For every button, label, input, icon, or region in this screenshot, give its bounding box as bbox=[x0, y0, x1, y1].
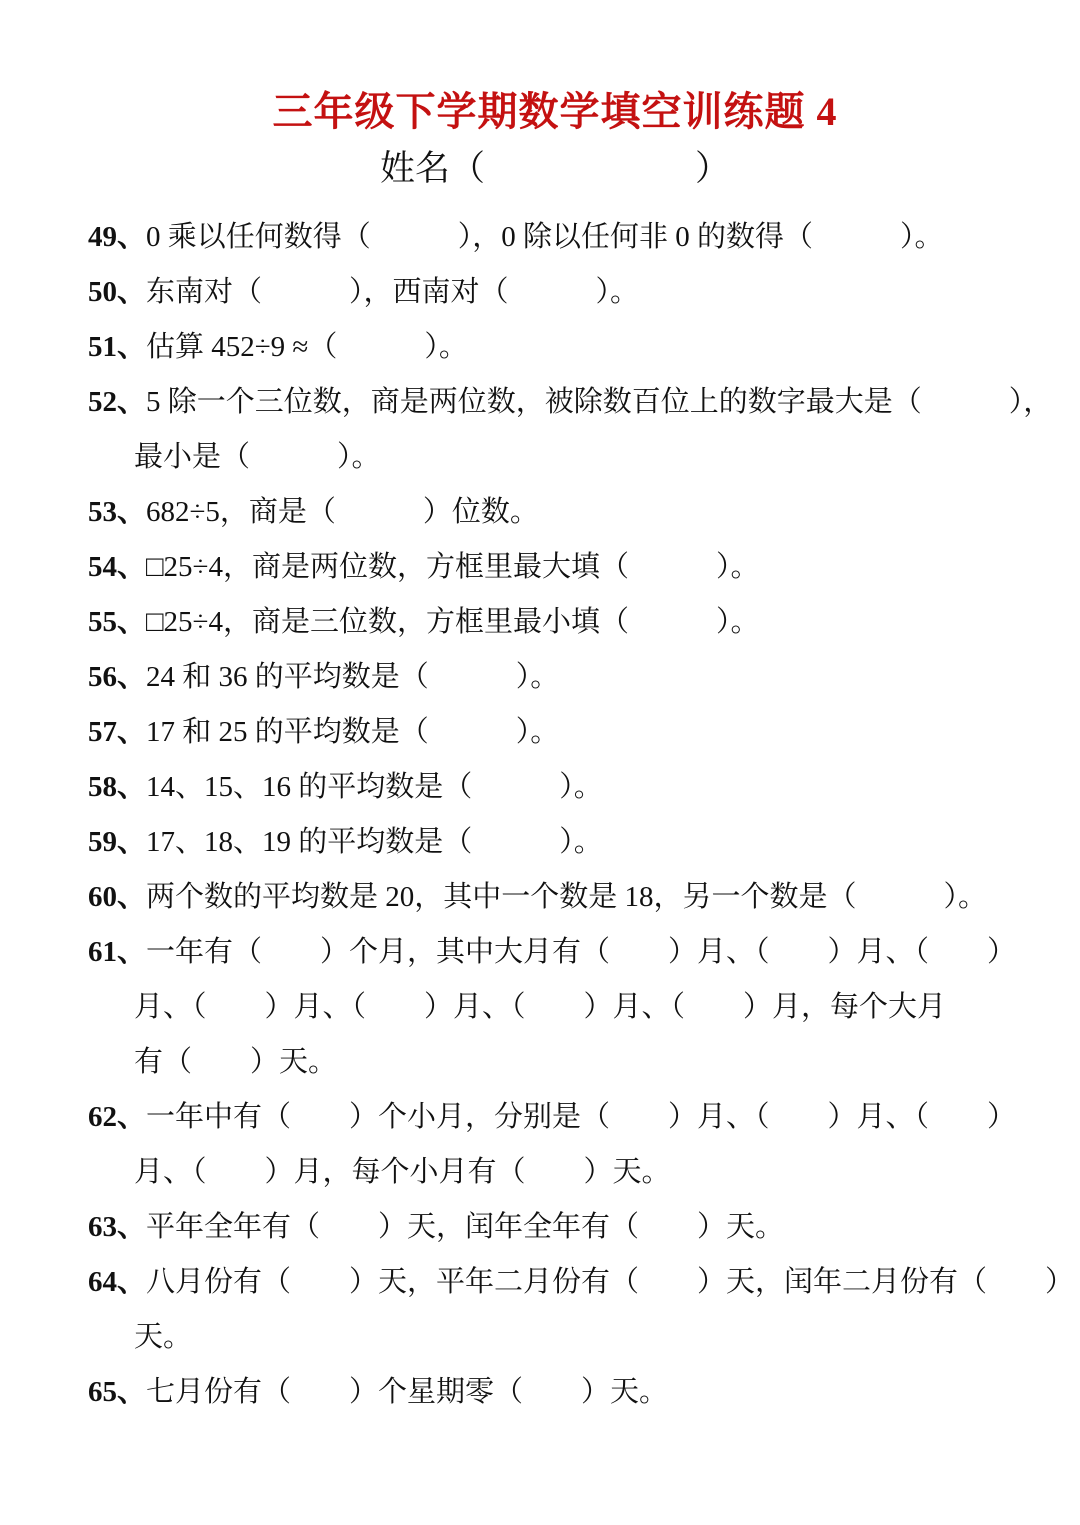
question-number: 52、 bbox=[88, 386, 146, 418]
question-number: 61、 bbox=[88, 936, 146, 968]
question-line: 61、一年有（ ）个月，其中大月有（ ）月、（ ）月、（ ） bbox=[88, 925, 1022, 980]
question-56: 56、24 和 36 的平均数是（ ）。 bbox=[88, 650, 1022, 705]
question-49: 49、0 乘以任何数得（ ），0 除以任何非 0 的数得（ ）。 bbox=[88, 210, 1022, 265]
worksheet-page: 三年级下学期数学填空训练题 4 姓名（ ） 49、0 乘以任何数得（ ），0 除… bbox=[0, 0, 1080, 1480]
question-text: □25÷4，商是两位数，方框里最大填（ ）。 bbox=[146, 551, 759, 583]
question-number: 65、 bbox=[88, 1376, 146, 1408]
question-61: 61、一年有（ ）个月，其中大月有（ ）月、（ ）月、（ ） 月、（ ）月、（ … bbox=[88, 925, 1022, 1090]
question-line: 49、0 乘以任何数得（ ），0 除以任何非 0 的数得（ ）。 bbox=[88, 210, 1022, 265]
question-line: 63、平年全年有（ ）天，闰年全年有（ ）天。 bbox=[88, 1200, 1022, 1255]
question-line: 月、（ ）月、（ ）月、（ ）月、（ ）月，每个大月 bbox=[88, 980, 1022, 1035]
question-text: 八月份有（ ）天，平年二月份有（ ）天，闰年二月份有（ ） bbox=[146, 1266, 1074, 1298]
question-51: 51、估算 452÷9 ≈（ ）。 bbox=[88, 320, 1022, 375]
question-text: 七月份有（ ）个星期零（ ）天。 bbox=[146, 1376, 668, 1408]
page-title: 三年级下学期数学填空训练题 4 bbox=[88, 88, 1022, 136]
question-text: 5 除一个三位数，商是两位数，被除数百位上的数字最大是（ ）， bbox=[146, 386, 1052, 418]
question-62: 62、一年中有（ ）个小月，分别是（ ）月、（ ）月、（ ） 月、（ ）月，每个… bbox=[88, 1090, 1022, 1200]
question-line: 57、17 和 25 的平均数是（ ）。 bbox=[88, 705, 1022, 760]
question-line: 最小是（ ）。 bbox=[88, 430, 1022, 485]
question-53: 53、682÷5，商是（ ）位数。 bbox=[88, 485, 1022, 540]
question-50: 50、东南对（ ），西南对（ ）。 bbox=[88, 265, 1022, 320]
question-line: 51、估算 452÷9 ≈（ ）。 bbox=[88, 320, 1022, 375]
question-number: 64、 bbox=[88, 1266, 146, 1298]
question-text: 东南对（ ），西南对（ ）。 bbox=[146, 276, 639, 308]
question-58: 58、14、15、16 的平均数是（ ）。 bbox=[88, 760, 1022, 815]
question-line: 65、七月份有（ ）个星期零（ ）天。 bbox=[88, 1365, 1022, 1420]
question-52: 52、5 除一个三位数，商是两位数，被除数百位上的数字最大是（ ）， 最小是（ … bbox=[88, 375, 1022, 485]
question-line: 有（ ）天。 bbox=[88, 1035, 1022, 1090]
question-line: 55、□25÷4，商是三位数，方框里最小填（ ）。 bbox=[88, 595, 1022, 650]
question-59: 59、17、18、19 的平均数是（ ）。 bbox=[88, 815, 1022, 870]
question-64: 64、八月份有（ ）天，平年二月份有（ ）天，闰年二月份有（ ） 天。 bbox=[88, 1255, 1022, 1365]
question-number: 55、 bbox=[88, 606, 146, 638]
question-text: 平年全年有（ ）天，闰年全年有（ ）天。 bbox=[146, 1211, 784, 1243]
question-number: 50、 bbox=[88, 276, 146, 308]
question-number: 56、 bbox=[88, 661, 146, 693]
question-line: 59、17、18、19 的平均数是（ ）。 bbox=[88, 815, 1022, 870]
question-line: 58、14、15、16 的平均数是（ ）。 bbox=[88, 760, 1022, 815]
question-number: 60、 bbox=[88, 881, 146, 913]
question-65: 65、七月份有（ ）个星期零（ ）天。 bbox=[88, 1365, 1022, 1420]
question-number: 54、 bbox=[88, 551, 146, 583]
question-line: 53、682÷5，商是（ ）位数。 bbox=[88, 485, 1022, 540]
question-number: 57、 bbox=[88, 716, 146, 748]
question-line: 64、八月份有（ ）天，平年二月份有（ ）天，闰年二月份有（ ） bbox=[88, 1255, 1022, 1310]
question-line: 52、5 除一个三位数，商是两位数，被除数百位上的数字最大是（ ）， bbox=[88, 375, 1022, 430]
question-line: 56、24 和 36 的平均数是（ ）。 bbox=[88, 650, 1022, 705]
question-line: 62、一年中有（ ）个小月，分别是（ ）月、（ ）月、（ ） bbox=[88, 1090, 1022, 1145]
question-line: 54、□25÷4，商是两位数，方框里最大填（ ）。 bbox=[88, 540, 1022, 595]
question-line: 月、（ ）月，每个小月有（ ）天。 bbox=[88, 1145, 1022, 1200]
question-text: 17 和 25 的平均数是（ ）。 bbox=[146, 716, 559, 748]
question-text: 24 和 36 的平均数是（ ）。 bbox=[146, 661, 559, 693]
name-blank-line: 姓名（ ） bbox=[88, 144, 1022, 194]
question-text: 一年中有（ ）个小月，分别是（ ）月、（ ）月、（ ） bbox=[146, 1101, 1016, 1133]
question-63: 63、平年全年有（ ）天，闰年全年有（ ）天。 bbox=[88, 1200, 1022, 1255]
question-55: 55、□25÷4，商是三位数，方框里最小填（ ）。 bbox=[88, 595, 1022, 650]
question-number: 49、 bbox=[88, 221, 146, 253]
question-line: 50、东南对（ ），西南对（ ）。 bbox=[88, 265, 1022, 320]
question-number: 62、 bbox=[88, 1101, 146, 1133]
question-number: 53、 bbox=[88, 496, 146, 528]
question-line: 60、两个数的平均数是 20，其中一个数是 18，另一个数是（ ）。 bbox=[88, 870, 1022, 925]
question-57: 57、17 和 25 的平均数是（ ）。 bbox=[88, 705, 1022, 760]
question-text: 两个数的平均数是 20，其中一个数是 18，另一个数是（ ）。 bbox=[146, 881, 987, 913]
question-list: 49、0 乘以任何数得（ ），0 除以任何非 0 的数得（ ）。 50、东南对（… bbox=[88, 210, 1022, 1420]
question-number: 63、 bbox=[88, 1211, 146, 1243]
question-text: 14、15、16 的平均数是（ ）。 bbox=[146, 771, 603, 803]
question-text: 一年有（ ）个月，其中大月有（ ）月、（ ）月、（ ） bbox=[146, 936, 1016, 968]
question-number: 51、 bbox=[88, 331, 146, 363]
question-text: 0 乘以任何数得（ ），0 除以任何非 0 的数得（ ）。 bbox=[146, 221, 944, 253]
question-text: 682÷5，商是（ ）位数。 bbox=[146, 496, 539, 528]
question-text: 估算 452÷9 ≈（ ）。 bbox=[146, 331, 468, 363]
question-number: 59、 bbox=[88, 826, 146, 858]
question-60: 60、两个数的平均数是 20，其中一个数是 18，另一个数是（ ）。 bbox=[88, 870, 1022, 925]
question-line: 天。 bbox=[88, 1310, 1022, 1365]
question-number: 58、 bbox=[88, 771, 146, 803]
question-text: □25÷4，商是三位数，方框里最小填（ ）。 bbox=[146, 606, 759, 638]
question-text: 17、18、19 的平均数是（ ）。 bbox=[146, 826, 603, 858]
question-54: 54、□25÷4，商是两位数，方框里最大填（ ）。 bbox=[88, 540, 1022, 595]
